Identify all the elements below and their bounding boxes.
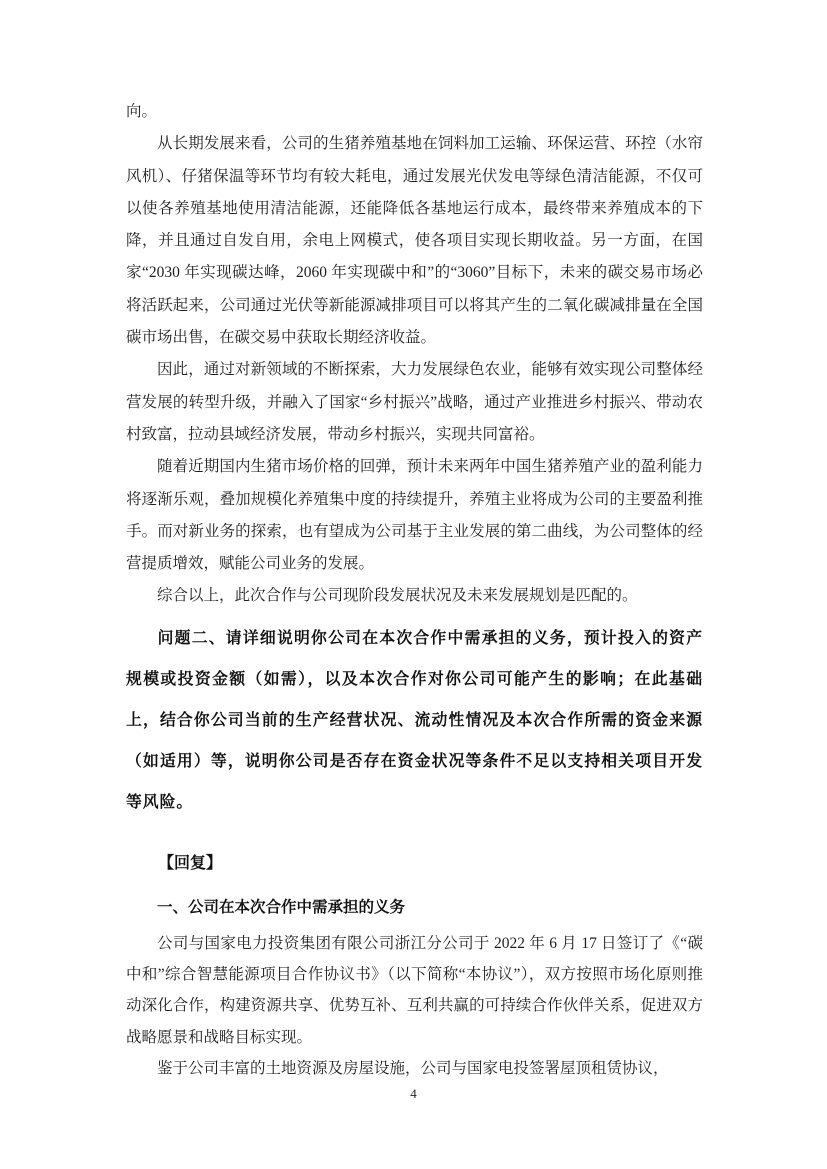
body-paragraph: 向。 xyxy=(126,96,703,128)
body-paragraph: 综合以上，此次合作与公司现阶段发展状况及未来发展规划是匹配的。 xyxy=(126,580,703,612)
document-page: 向。从长期发展来看，公司的生猪养殖基地在饲料加工运输、环保运营、环控（水帘风机）… xyxy=(0,0,827,1169)
reply-label: 【回复】 xyxy=(126,853,703,875)
section-heading: 一、公司在本次合作中需承担的义务 xyxy=(126,897,703,919)
page-number: 4 xyxy=(0,1086,827,1102)
question-paragraph: 问题二、请详细说明你公司在本次合作中需承担的义务，预计投入的资产规模或投资金额（… xyxy=(126,618,703,823)
body-paragraph: 因此，通过对新领域的不断探索，大力发展绿色农业，能够有效实现公司整体经营发展的转… xyxy=(126,354,703,451)
document-body: 向。从长期发展来看，公司的生猪养殖基地在饲料加工运输、环保运营、环控（水帘风机）… xyxy=(126,96,703,1084)
body-paragraph: 随着近期国内生猪市场价格的回弹，预计未来两年中国生猪养殖产业的盈利能力将逐渐乐观… xyxy=(126,451,703,580)
body-paragraph: 从长期发展来看，公司的生猪养殖基地在饲料加工运输、环保运营、环控（水帘风机）、仔… xyxy=(126,128,703,354)
body-paragraph: 鉴于公司丰富的土地资源及房屋设施，公司与国家电投签署屋顶租赁协议， xyxy=(126,1053,703,1084)
body-paragraph: 公司与国家电力投资集团有限公司浙江分公司于 2022 年 6 月 17 日签订了… xyxy=(126,928,703,1053)
